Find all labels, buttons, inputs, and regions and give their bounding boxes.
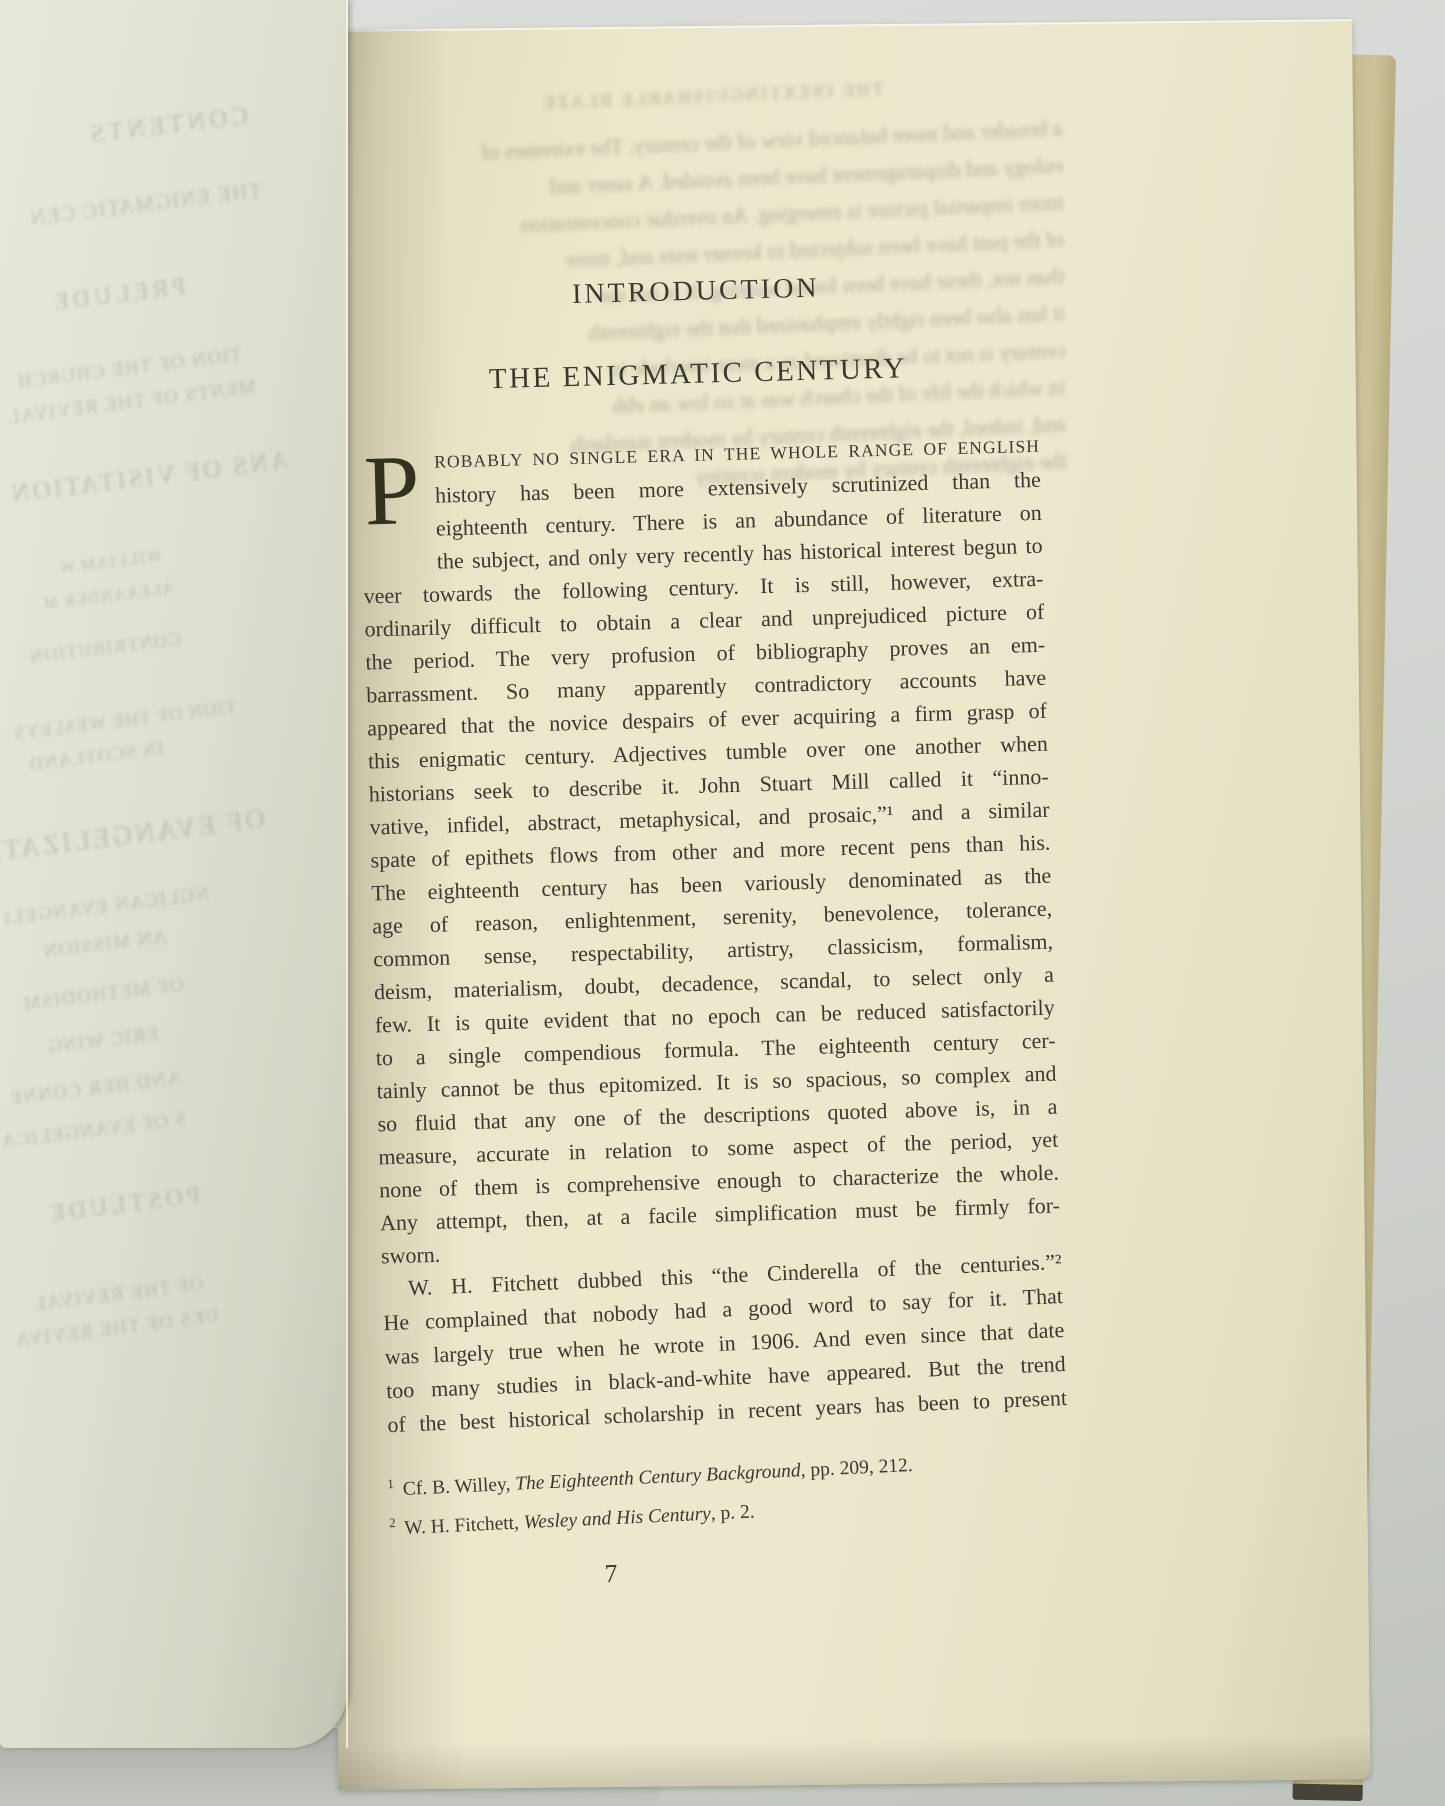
- ghost-line: AN MISSION: [41, 926, 168, 963]
- ghost-line: PRELUDE: [49, 274, 187, 317]
- ghost-line: ERIC WING: [45, 1023, 160, 1059]
- ghost-line: TION OF THE WESLEYS: [12, 696, 238, 744]
- ghost-line: OF EVANGELIZATI: [0, 803, 267, 868]
- ghost-line: AND HER CONNE: [7, 1068, 182, 1111]
- footnotes: 1 Cf. B. Willey, The Eighteenth Century …: [387, 1436, 1070, 1545]
- paragraph-2: W. H. Fitchett dubbed this “the Cinderel…: [381, 1245, 1067, 1442]
- ghost-line: THE ENIGMATIC CEN: [27, 178, 263, 231]
- ghost-line: NGLICAN EVANGELI: [1, 883, 210, 930]
- paragraph-1: P ROBABLY NO SINGLE ERA IN THE WHOLE RAN…: [360, 430, 1061, 1273]
- ghost-line: WILLIAM W: [57, 548, 162, 578]
- ghost-line: IN SCOTLAND: [27, 738, 165, 775]
- ghost-line: ALEXANDER M: [41, 580, 175, 614]
- chapter-subheading: THE ENIGMATIC CENTURY: [358, 349, 1039, 400]
- footnote-number: 1: [387, 1476, 394, 1491]
- footnote-number: 2: [389, 1514, 396, 1529]
- page-top-edge: [320, 19, 1352, 32]
- ghost-line: S OF EVANGELICA: [0, 1109, 187, 1154]
- book-page-right: THE INEXTINGUISHABLE BLAZEa broader and …: [320, 19, 1370, 1790]
- ghost-line: OF METHODISM: [21, 974, 185, 1016]
- open-book-photo: THE INEXTINGUISHABLE BLAZEa broader and …: [0, 0, 1445, 1806]
- turning-page-left: CONTENTSTHE ENIGMATIC CENPRELUDETION OF …: [0, 0, 348, 1748]
- book-cover-bottom-edge: [1292, 1784, 1362, 1801]
- leaf-edge-highlight: [346, 0, 348, 1748]
- page-number: 7: [566, 1557, 657, 1591]
- footnote-book-title: Wesley and His Century: [523, 1503, 711, 1533]
- show-through-contents-text: CONTENTSTHE ENIGMATIC CENPRELUDETION OF …: [0, 0, 348, 1748]
- page-content: INTRODUCTION THE ENIGMATIC CENTURY P ROB…: [356, 267, 1069, 1545]
- ghost-line: POSTLUDE: [45, 1183, 202, 1229]
- ghost-line: CONTENTS: [85, 102, 250, 150]
- ghost-line: ANS OF VISITATION: [7, 447, 290, 509]
- ghost-line: CONTRIBUTION: [27, 629, 181, 668]
- page-bottom-shadow: [338, 1733, 1370, 1790]
- drop-cap: P: [360, 449, 425, 548]
